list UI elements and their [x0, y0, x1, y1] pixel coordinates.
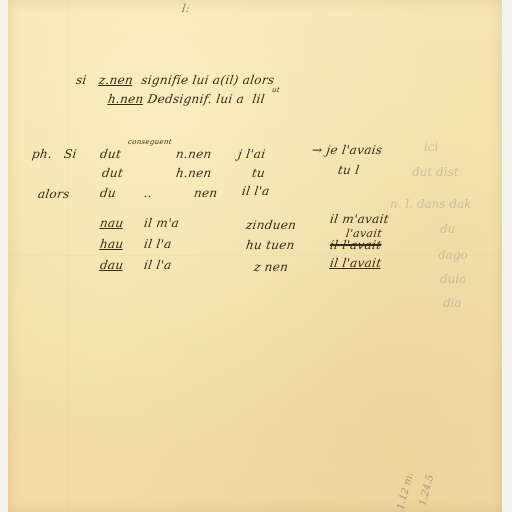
pencil-note: 1.12 m.	[395, 471, 415, 511]
line-2: h.nen Dedsignif. lui a lil	[107, 92, 266, 106]
fold-line	[8, 255, 502, 256]
line-1: si z.nen signifie lui a(il) alors	[75, 73, 275, 87]
manuscript-page: l: ici dut dist n. l. dans dak du dago d…	[8, 0, 502, 512]
fold-line	[68, 0, 69, 512]
pencil-note: 1.24.5	[417, 473, 436, 507]
top-marks: l:	[181, 2, 191, 15]
